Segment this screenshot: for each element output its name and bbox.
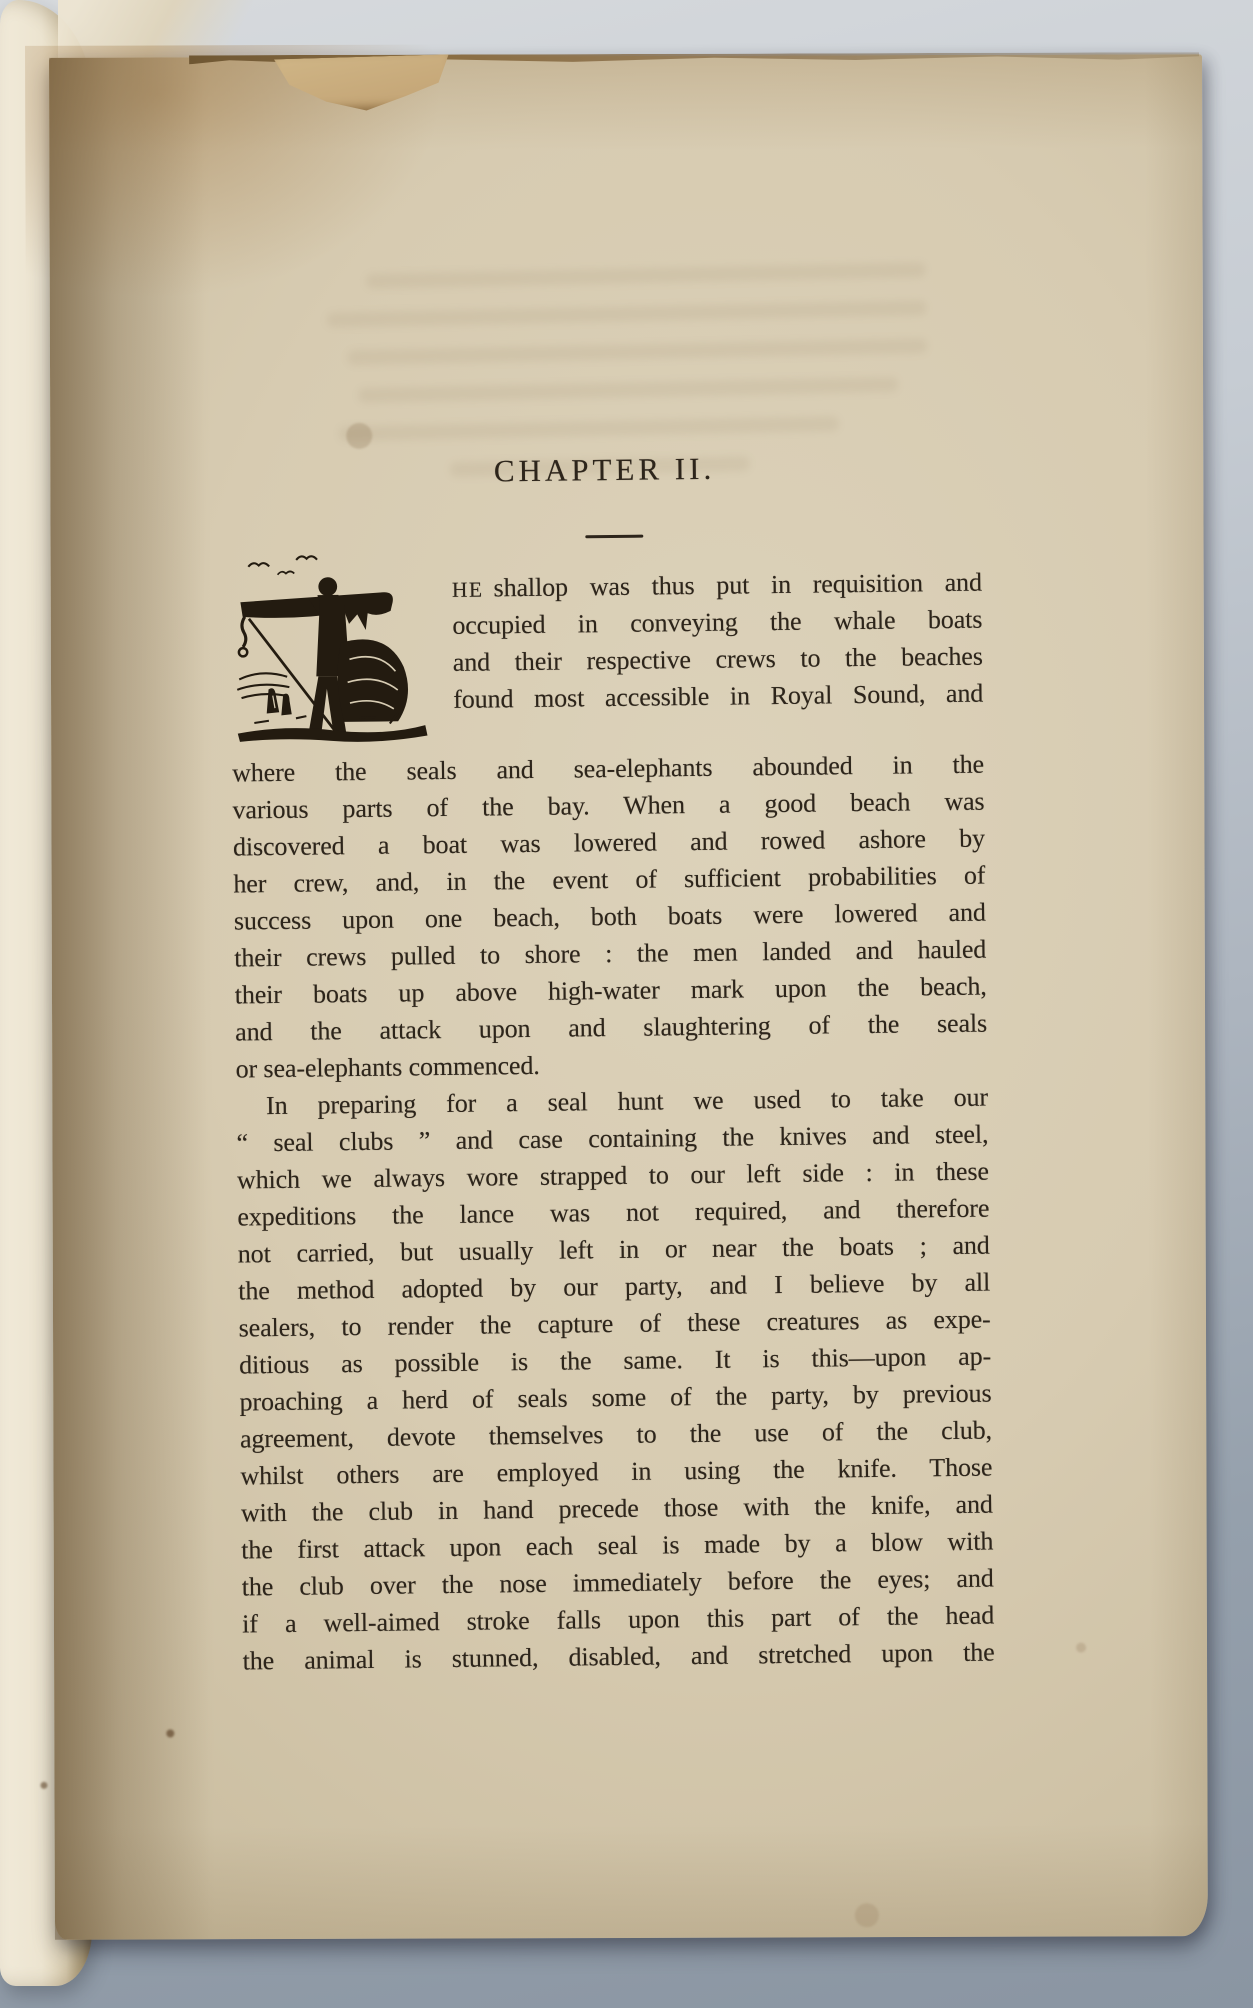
photo-background: CHAPTER II. bbox=[0, 0, 1253, 2008]
foxing-spot bbox=[1076, 1643, 1086, 1653]
woodcut-man-carrying-timber-icon bbox=[232, 554, 432, 754]
show-through-line bbox=[327, 300, 927, 327]
show-through-line bbox=[339, 416, 839, 441]
paragraph-2: In preparing for a seal hunt we used to … bbox=[236, 1079, 995, 1680]
text-line: and their respective crews to the beache… bbox=[453, 638, 983, 681]
chapter-heading: CHAPTER II. bbox=[228, 446, 980, 495]
book-page: CHAPTER II. bbox=[49, 54, 1208, 1940]
foxing-spot bbox=[855, 1903, 879, 1927]
show-through-line bbox=[347, 338, 927, 365]
small-caps-lead: HE bbox=[452, 578, 484, 602]
text-line: occupied in conveying the whale boats bbox=[452, 601, 982, 644]
foxing-spot bbox=[40, 1782, 47, 1789]
text-line-part: shallop was thus put in requisition and bbox=[493, 568, 982, 603]
text-line: the animal is stunned, disabled, and str… bbox=[242, 1634, 994, 1680]
section-rule bbox=[585, 535, 643, 539]
show-through-line bbox=[358, 377, 898, 403]
text-line: found most accessible in Royal Sound, an… bbox=[453, 675, 983, 718]
foxing-spot bbox=[166, 1729, 174, 1737]
paragraph-1: HEshallop was thus put in requisition an… bbox=[230, 564, 988, 1088]
foxing-spot bbox=[346, 423, 372, 449]
gutter-shadow bbox=[49, 57, 210, 1939]
page-content: CHAPTER II. bbox=[228, 446, 994, 1680]
chapter-initial-illustration bbox=[232, 574, 432, 754]
text-line: HEshallop was thus put in requisition an… bbox=[452, 564, 982, 607]
